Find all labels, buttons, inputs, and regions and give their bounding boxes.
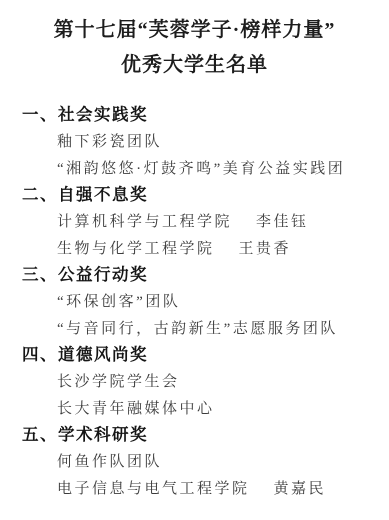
section-academic-research: 五、学术科研奖 何鱼作队团队 电子信息与电气工程学院 黄嘉民 bbox=[22, 422, 377, 502]
document-page: 第十七届“芙蓉学子·榜样力量” 优秀大学生名单 一、社会实践奖 釉下彩瓷团队 “… bbox=[0, 0, 389, 520]
section-self-improvement: 二、自强不息奖 计算机科学与工程学院 李佳钰 生物与化学工程学院 王贵香 bbox=[22, 182, 377, 262]
section-header: 四、道德风尚奖 bbox=[22, 342, 377, 369]
section-header: 二、自强不息奖 bbox=[22, 182, 377, 209]
list-item: “环保创客”团队 bbox=[57, 289, 377, 316]
award-list: 一、社会实践奖 釉下彩瓷团队 “湘韵悠悠·灯鼓齐鸣”美育公益实践团 二、自强不息… bbox=[0, 102, 389, 502]
list-item: 长大青年融媒体中心 bbox=[57, 396, 377, 423]
section-social-practice: 一、社会实践奖 釉下彩瓷团队 “湘韵悠悠·灯鼓齐鸣”美育公益实践团 bbox=[22, 102, 377, 182]
item-college: 电子信息与电气工程学院 bbox=[57, 476, 250, 503]
section-header: 一、社会实践奖 bbox=[22, 102, 377, 129]
section-header: 五、学术科研奖 bbox=[22, 422, 377, 449]
list-item: “与音同行，古韵新生”志愿服务团队 bbox=[57, 316, 377, 343]
section-header: 三、公益行动奖 bbox=[22, 262, 377, 289]
section-moral-conduct: 四、道德风尚奖 长沙学院学生会 长大青年融媒体中心 bbox=[22, 342, 377, 422]
document-title: 第十七届“芙蓉学子·榜样力量” 优秀大学生名单 bbox=[0, 0, 389, 83]
document-title-line2: 优秀大学生名单 bbox=[0, 48, 389, 83]
list-item: “湘韵悠悠·灯鼓齐鸣”美育公益实践团 bbox=[57, 156, 377, 183]
item-person-name: 黄嘉民 bbox=[274, 476, 327, 503]
item-person-name: 王贵香 bbox=[239, 236, 292, 263]
list-item: 长沙学院学生会 bbox=[57, 369, 377, 396]
item-person-name: 李佳钰 bbox=[256, 209, 309, 236]
list-item: 何鱼作队团队 bbox=[57, 449, 377, 476]
item-college: 计算机科学与工程学院 bbox=[57, 209, 232, 236]
item-college: 生物与化学工程学院 bbox=[57, 236, 215, 263]
list-item: 电子信息与电气工程学院 黄嘉民 bbox=[57, 476, 377, 503]
list-item: 生物与化学工程学院 王贵香 bbox=[57, 236, 377, 263]
list-item: 釉下彩瓷团队 bbox=[57, 129, 377, 156]
list-item: 计算机科学与工程学院 李佳钰 bbox=[57, 209, 377, 236]
section-public-welfare: 三、公益行动奖 “环保创客”团队 “与音同行，古韵新生”志愿服务团队 bbox=[22, 262, 377, 342]
document-title-line1: 第十七届“芙蓉学子·榜样力量” bbox=[0, 13, 389, 48]
